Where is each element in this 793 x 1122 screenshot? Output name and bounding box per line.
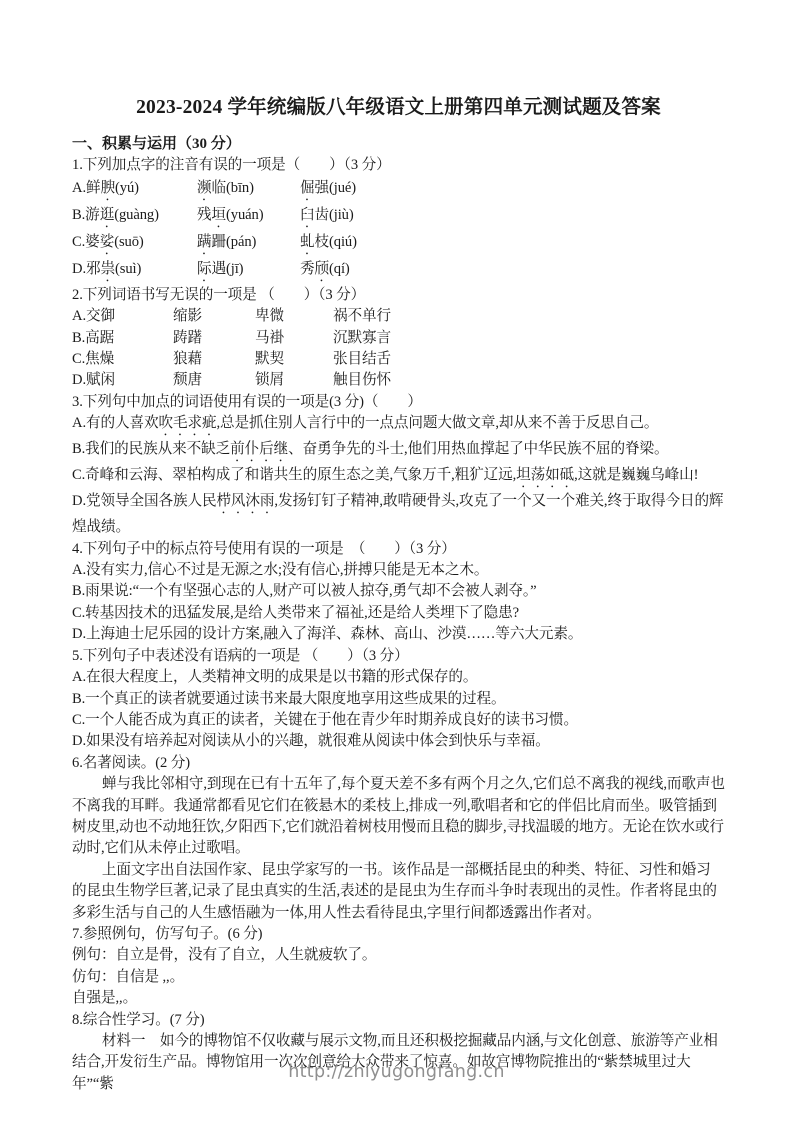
q6-passage-2: 上面文字出自法国作家、昆虫学家写的一书。该作品是一部概括昆虫的种类、特征、习性和… (72, 860, 725, 924)
q7-imitation-line-2: 自强是,,。 (72, 988, 725, 1009)
q3-option-d: D.党领导全国各族人民栉风沐雨,发扬钉钉子精神,敢啃硬骨头,攻克了一个又一个难关… (72, 491, 725, 538)
q1-a-word-2: 濒临(bīn) (197, 177, 300, 204)
q2-a-word-3: 卑微 (255, 306, 333, 327)
q2-options: A.交御缩影卑微祸不单行 B.高踞踌躇马褂沉默寡言 C.焦燥狼藉默契张目结舌 D… (72, 306, 725, 392)
q1-c-word-2: 蹒跚(pán) (197, 231, 300, 258)
q1-c-word-1: C.婆娑(suō) (72, 231, 197, 258)
q1-option-row-c: C.婆娑(suō)蹒跚(pán)虬枝(qiú) (72, 231, 725, 258)
q7-imitation-line-1: 仿句：自信是 ,,。 (72, 967, 725, 988)
q1-b-word-3: 臼齿(jiù) (300, 204, 354, 231)
page-title: 2023-2024 学年统编版八年级语文上册第四单元测试题及答案 (72, 95, 725, 121)
q2-b-word-3: 马褂 (255, 328, 333, 349)
q3-option-b: B.我们的民族从来不缺乏前仆后继、奋勇争先的斗士,他们用热血撑起了中华民族不屈的… (72, 439, 725, 465)
q4-option-b: B.雨果说:“一个有坚强心志的人,财产可以被人掠夺,勇气却不会被人剥夺。” (72, 581, 725, 602)
q2-option-row-c: C.焦燥狼藉默契张目结舌 (72, 349, 725, 370)
q2-b-word-4: 沉默寡言 (333, 328, 391, 349)
q7-heading: 7.参照例句，仿写句子。(6 分) (72, 924, 725, 945)
q2-d-word-4: 触目伤怀 (333, 370, 391, 391)
q2-c-word-3: 默契 (255, 349, 333, 370)
q4-option-d: D.上海迪士尼乐园的设计方案,融入了海洋、森林、高山、沙漠……等六大元素。 (72, 624, 725, 645)
q8-heading: 8.综合性学习。(7 分) (72, 1010, 725, 1031)
exam-page: 2023-2024 学年统编版八年级语文上册第四单元测试题及答案 一、积累与运用… (0, 0, 793, 1122)
q1-option-row-a: A.鲜腴(yú)濒临(bīn)倔强(jué) (72, 177, 725, 204)
footer-url: http://zhiyugongfang.cn (0, 1062, 793, 1082)
q2-option-row-d: D.赋闲颓唐锁屑触目伤怀 (72, 370, 725, 391)
q2-c-word-1: C.焦燥 (72, 349, 173, 370)
q1-options: A.鲜腴(yú)濒临(bīn)倔强(jué) B.游逛(guàng)残垣(yuá… (72, 177, 725, 285)
q1-option-row-b: B.游逛(guàng)残垣(yuán)臼齿(jiù) (72, 204, 725, 231)
q1-option-row-d: D.邪祟(suì)际遇(jī)秀颀(qí) (72, 258, 725, 285)
q5-option-c: C.一个人能否成为真正的读者，关键在于他在青少年时期养成良好的读书习惯。 (72, 710, 725, 731)
q1-stem: 1.下列加点字的注音有误的一项是（ ）（3 分） (72, 155, 725, 176)
section-heading: 一、积累与运用（30 分） (72, 134, 725, 155)
q1-d-word-1: D.邪祟(suì) (72, 258, 197, 285)
q3-stem: 3.下列句中加点的词语使用有误的一项是(3 分)（ ） (72, 392, 725, 413)
q1-a-word-3: 倔强(jué) (300, 177, 356, 204)
q6-heading: 6.名著阅读。(2 分) (72, 753, 725, 774)
q1-a-word-1: A.鲜腴(yú) (72, 177, 197, 204)
q7-example-sentence: 例句：自立是骨，没有了自立，人生就疲软了。 (72, 945, 725, 966)
q2-a-word-4: 祸不单行 (333, 306, 391, 327)
q1-b-word-2: 残垣(yuán) (197, 204, 300, 231)
q2-b-word-2: 踌躇 (173, 328, 255, 349)
q5-option-d: D.如果没有培养起对阅读从小的兴趣，就很难从阅读中体会到快乐与幸福。 (72, 731, 725, 752)
q4-stem: 4.下列句子中的标点符号使用有误的一项是 （ ）（3 分） (72, 539, 725, 560)
q2-option-row-a: A.交御缩影卑微祸不单行 (72, 306, 725, 327)
q2-c-word-2: 狼藉 (173, 349, 255, 370)
q3-option-a: A.有的人喜欢吹毛求疵,总是抓住别人言行中的一点点问题大做文章,却从来不善于反思… (72, 413, 725, 439)
q1-c-word-3: 虬枝(qiú) (300, 231, 357, 258)
q2-b-word-1: B.高踞 (72, 328, 173, 349)
q4-option-a: A.没有实力,信心不过是无源之水;没有信心,拼搏只能是无本之木。 (72, 560, 725, 581)
q2-a-word-2: 缩影 (173, 306, 255, 327)
q2-stem: 2.下列词语书写无误的一项是 （ ）（3 分） (72, 285, 725, 306)
q2-c-word-4: 张目结舌 (333, 349, 391, 370)
q1-d-word-2: 际遇(jī) (197, 258, 300, 285)
q2-d-word-3: 锁屑 (255, 370, 333, 391)
q2-d-word-1: D.赋闲 (72, 370, 173, 391)
q5-option-a: A.在很大程度上，人类精神文明的成果是以书籍的形式保存的。 (72, 667, 725, 688)
q1-b-word-1: B.游逛(guàng) (72, 204, 197, 231)
q2-option-row-b: B.高踞踌躇马褂沉默寡言 (72, 328, 725, 349)
q5-stem: 5.下列句子中表述没有语病的一项是 （ ）（3 分） (72, 646, 725, 667)
q5-option-b: B.一个真正的读者就要通过读书来最大限度地享用这些成果的过程。 (72, 689, 725, 710)
q6-passage-1: 蝉与我比邻相守,到现在已有十五年了,每个夏天差不多有两个月之久,它们总不离我的视… (72, 774, 725, 860)
q2-d-word-2: 颓唐 (173, 370, 255, 391)
q1-d-word-3: 秀颀(qí) (300, 258, 350, 285)
q3-option-c: C.奇峰和云海、翠柏构成了和谐共生的原生态之美,气象万千,粗犷辽远,坦荡如砥,这… (72, 465, 725, 491)
q4-option-c: C.转基因技术的迅猛发展,是给人类带来了福祉,还是给人类埋下了隐患? (72, 603, 725, 624)
q2-a-word-1: A.交御 (72, 306, 173, 327)
